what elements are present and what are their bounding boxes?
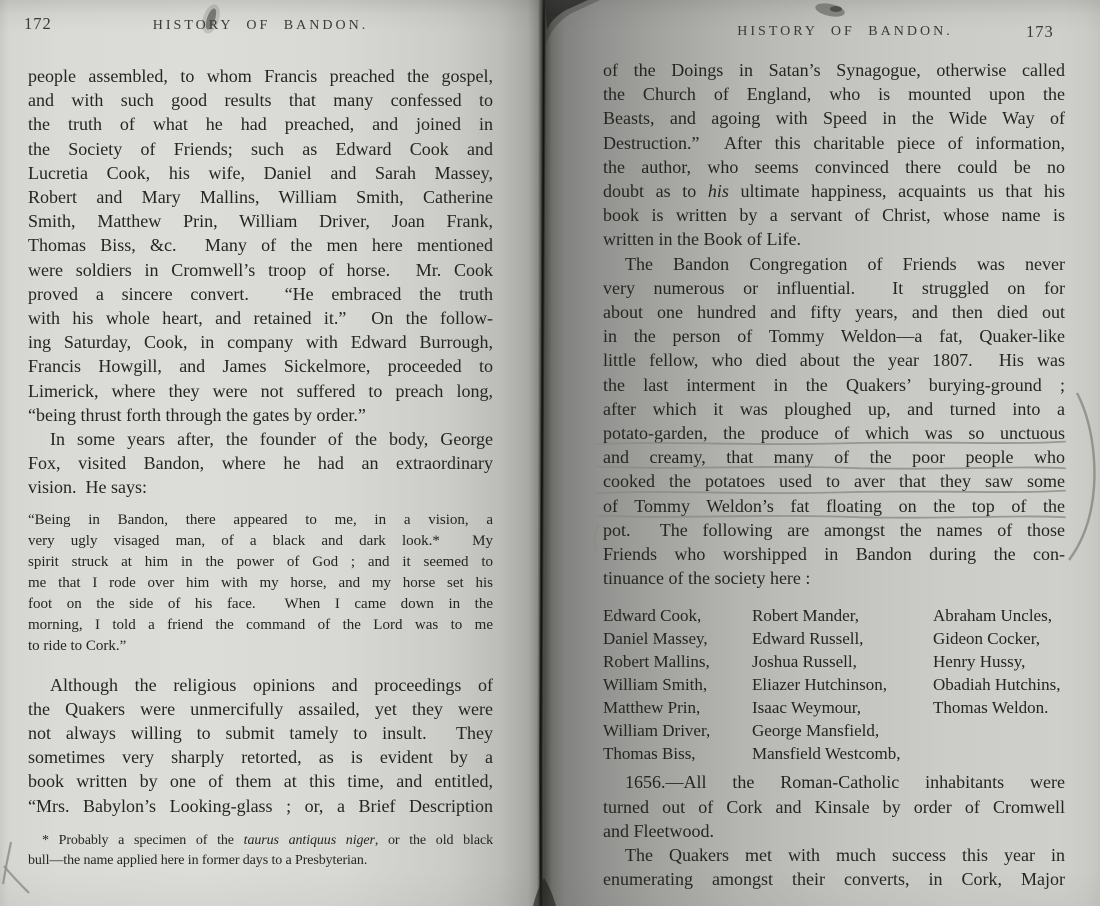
- book-scan: 172 HISTORY OF BANDON. people assembled,…: [0, 0, 1100, 906]
- pencil-hook-mark: [595, 524, 599, 550]
- text-line: Smith, Matthew Prin, William Driver, Joa…: [28, 209, 493, 233]
- ink-smudge-right-core: [830, 6, 842, 12]
- text-line: Friends who worshipped in Bandon during …: [603, 542, 1065, 566]
- friend-name: Joshua Russell,: [752, 650, 933, 673]
- body-block: In some years after, the founder of the …: [28, 427, 493, 500]
- text-line: morning, I told a friend the command of …: [28, 615, 493, 636]
- friend-name: Edward Cook,: [603, 604, 752, 627]
- friend-name: Mansfield Westcomb,: [752, 742, 933, 765]
- body-block: of the Doings in Satan’s Synagogue, othe…: [603, 58, 1065, 252]
- text-line: to ride to Cork.”: [28, 636, 493, 657]
- text-line: bull—the name applied here in former day…: [28, 851, 493, 871]
- friend-name: Edward Russell,: [752, 627, 933, 650]
- text-line: not always willing to submit tamely to i…: [28, 721, 493, 745]
- text-line: very numerous or influential. It struggl…: [603, 276, 1065, 300]
- body-block: people assembled, to whom Francis preach…: [28, 64, 493, 427]
- text-line: pot. The following are amongst the names…: [603, 518, 1065, 542]
- gutter-top-wedge-halo: [545, 0, 600, 44]
- text-line: In some years after, the founder of the …: [28, 427, 493, 451]
- text-line: and Fleetwood.: [603, 819, 1065, 843]
- text-line: of Tommy Weldon’s fat floating on the to…: [603, 494, 1065, 518]
- text-line: very ugly visaged man, of a black and da…: [28, 531, 493, 552]
- friend-name: Gideon Cocker,: [933, 627, 1065, 650]
- text-line: Thomas Biss, &c. Many of the men here me…: [28, 233, 493, 257]
- text-line: enumerating amongst their converts, in C…: [603, 867, 1065, 891]
- friend-name: Matthew Prin,: [603, 696, 752, 719]
- text-line: vision. He says:: [28, 475, 493, 499]
- text-line: doubt as to his ultimate happiness, acqu…: [603, 179, 1065, 203]
- text-line: “being thrust forth through the gates by…: [28, 403, 493, 427]
- text-line: Fox, visited Bandon, where he had an ext…: [28, 451, 493, 475]
- friend-name: Daniel Massey,: [603, 627, 752, 650]
- text-line: foot on the side of his face. When I cam…: [28, 594, 493, 615]
- footnote-block: * Probably a specimen of the taurus anti…: [28, 831, 493, 871]
- left-page-text: people assembled, to whom Francis preach…: [28, 64, 493, 871]
- text-line: the author, who seems convinced there co…: [603, 155, 1065, 179]
- names-column-1: Edward Cook,Daniel Massey,Robert Mallins…: [603, 604, 752, 765]
- text-line: and creamy, that many of the poor people…: [603, 445, 1065, 469]
- friend-name: Thomas Biss,: [603, 742, 752, 765]
- friend-name: George Mansfield,: [752, 719, 933, 742]
- gutter-top-wedge: [545, 0, 588, 30]
- text-line: The Bandon Congregation of Friends was n…: [603, 252, 1065, 276]
- body-block: 1656.—All the Roman-Catholic inhabitants…: [603, 770, 1065, 843]
- text-line: the Church of England, who is mounted up…: [603, 82, 1065, 106]
- friend-name: William Driver,: [603, 719, 752, 742]
- gutter-bottom-wedge: [533, 878, 556, 906]
- gutter-mid-line: [541, 0, 544, 906]
- text-line: Destruction.” After this charitable piec…: [603, 131, 1065, 155]
- friend-name: Robert Mander,: [752, 604, 933, 627]
- right-running-head: HISTORY OF BANDON.: [612, 24, 1078, 40]
- text-line: the last interment in the Quakers’ buryi…: [603, 373, 1065, 397]
- text-line: of the Doings in Satan’s Synagogue, othe…: [603, 58, 1065, 82]
- pencil-corner-mark-a: [3, 842, 11, 884]
- text-line: * Probably a specimen of the taurus anti…: [28, 831, 493, 851]
- text-line: Beasts, and agoing with Speed in the Wid…: [603, 106, 1065, 130]
- friend-name: Thomas Weldon.: [933, 696, 1065, 719]
- friend-name: Eliazer Hutchinson,: [752, 673, 933, 696]
- text-line: tinuance of the society here :: [603, 566, 1065, 590]
- right-page-number: 173: [1026, 22, 1054, 42]
- body-block: The Bandon Congregation of Friends was n…: [603, 252, 1065, 591]
- friend-name: William Smith,: [603, 673, 752, 696]
- text-line: were soldiers in Cromwell’s troop of hor…: [28, 258, 493, 282]
- text-line: about one hundred and fifty years, and t…: [603, 300, 1065, 324]
- text-line: book written by one of them at this time…: [28, 769, 493, 793]
- text-line: Lucretia Cook, his wife, Daniel and Sara…: [28, 161, 493, 185]
- text-line: Robert and Mary Mallins, William Smith, …: [28, 185, 493, 209]
- body-block: The Quakers met with much success this y…: [603, 843, 1065, 891]
- names-column-3: Abraham Uncles,Gideon Cocker,Henry Hussy…: [933, 604, 1065, 765]
- friend-name: Henry Hussy,: [933, 650, 1065, 673]
- gutter-soft-line: [541, 0, 544, 906]
- left-running-head: HISTORY OF BANDON.: [28, 18, 493, 34]
- friend-name: Isaac Weymour,: [752, 696, 933, 719]
- pencil-margin-bracket: [1069, 393, 1094, 560]
- text-line: “Being in Bandon, there appeared to me, …: [28, 510, 493, 531]
- text-line: the truth of what he had preached, and j…: [28, 112, 493, 136]
- names-column-2: Robert Mander,Edward Russell,Joshua Russ…: [752, 604, 933, 765]
- text-line: the Society of Friends; such as Edward C…: [28, 137, 493, 161]
- text-line: me that I rode over him with my horse, a…: [28, 573, 493, 594]
- text-line: potato-garden, the produce of which was …: [603, 421, 1065, 445]
- text-line: little fellow, who died about the year 1…: [603, 348, 1065, 372]
- text-line: turned out of Cork and Kinsale by order …: [603, 795, 1065, 819]
- friend-name: Obadiah Hutchins,: [933, 673, 1065, 696]
- text-line: The Quakers met with much success this y…: [603, 843, 1065, 867]
- text-line: with his whole heart, and retained it.” …: [28, 306, 493, 330]
- text-line: book is written by a servant of Christ, …: [603, 203, 1065, 227]
- text-line: ing Saturday, Cook, in company with Edwa…: [28, 330, 493, 354]
- body-block: Although the religious opinions and proc…: [28, 673, 493, 818]
- text-line: in the person of Tommy Weldon—a fat, Qua…: [603, 324, 1065, 348]
- text-line: Limerick, where they were not suffered t…: [28, 379, 493, 403]
- text-line: 1656.—All the Roman-Catholic inhabitants…: [603, 770, 1065, 794]
- right-page-text: of the Doings in Satan’s Synagogue, othe…: [603, 58, 1065, 891]
- text-line: Although the religious opinions and proc…: [28, 673, 493, 697]
- pencil-corner-mark-b: [4, 866, 29, 893]
- text-line: people assembled, to whom Francis preach…: [28, 64, 493, 88]
- text-line: sometimes very sharply retorted, as is e…: [28, 745, 493, 769]
- friend-name: Robert Mallins,: [603, 650, 752, 673]
- text-line: and with such good results that many con…: [28, 88, 493, 112]
- ink-smudge-right: [814, 1, 846, 19]
- text-line: proved a sincere convert. “He embraced t…: [28, 282, 493, 306]
- text-line: after which it was ploughed up, and turn…: [603, 397, 1065, 421]
- text-line: the Quakers were unmercifully assailed, …: [28, 697, 493, 721]
- text-line: cooked the potatoes used to aver that th…: [603, 469, 1065, 493]
- text-line: Francis Howgill, and James Sickelmore, p…: [28, 354, 493, 378]
- gutter-dark-line: [541, 0, 544, 906]
- friend-name: Abraham Uncles,: [933, 604, 1065, 627]
- quote-block: “Being in Bandon, there appeared to me, …: [28, 510, 493, 657]
- text-line: “Mrs. Babylon’s Looking-glass ; or, a Br…: [28, 794, 493, 818]
- names-block: Edward Cook,Daniel Massey,Robert Mallins…: [603, 604, 1065, 765]
- text-line: spirit struck at him in the power of God…: [28, 552, 493, 573]
- text-line: written in the Book of Life.: [603, 227, 1065, 251]
